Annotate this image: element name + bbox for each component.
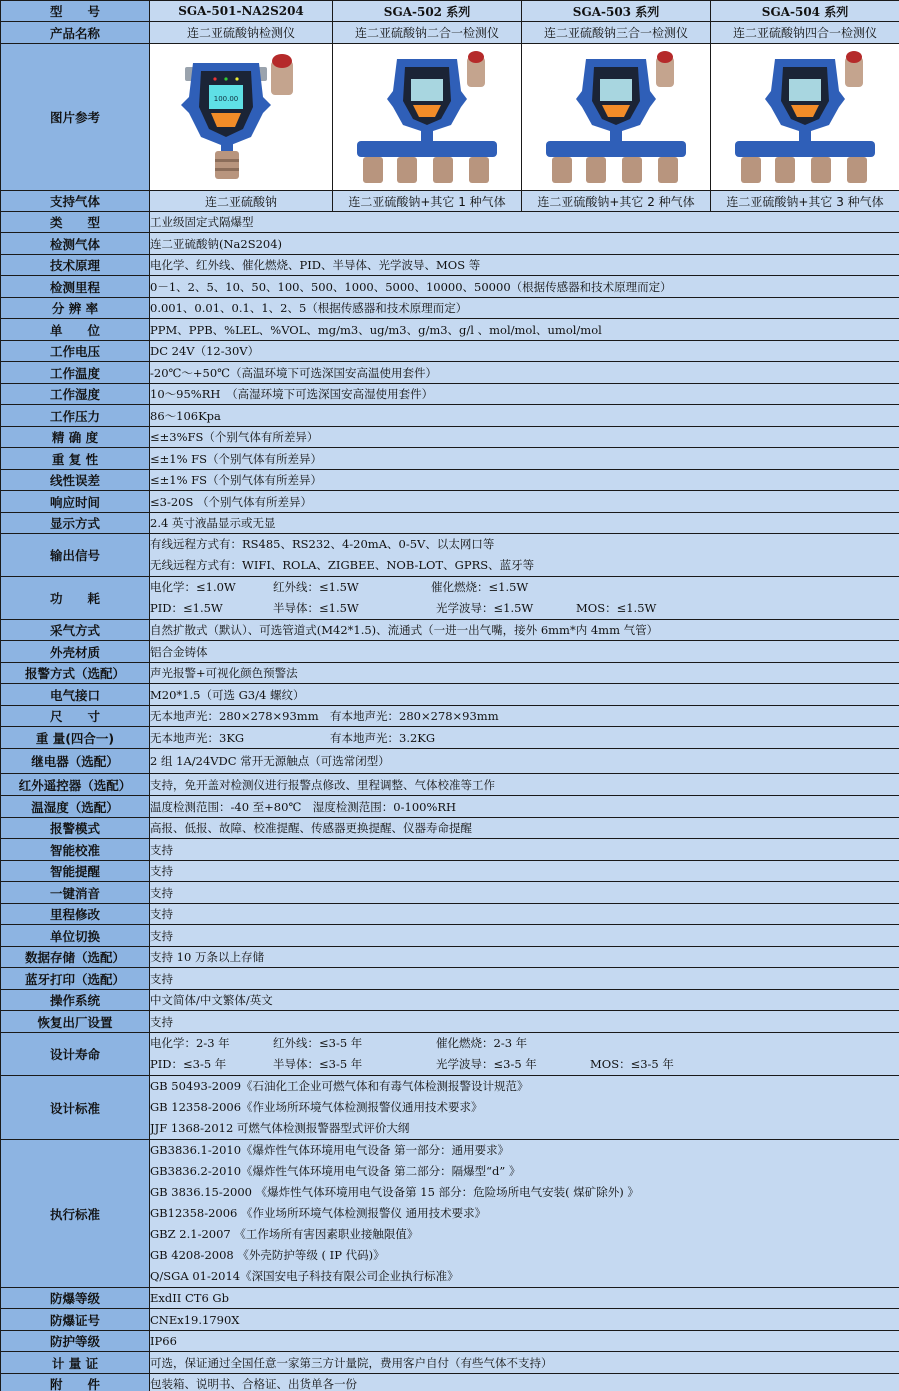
spec-label: 防爆等级 (1, 1288, 150, 1309)
spec-value: 86～106Kpa (150, 405, 899, 427)
spec-value: 支持 (150, 1011, 899, 1033)
gas-detector-icon (725, 47, 885, 187)
spec-label: 外壳材质 (1, 641, 150, 663)
spec-row-relay: 继电器（选配）2 组 1A/24VDC 常开无源触点（可选常闭型） (1, 749, 899, 774)
spec-label: 红外遥控器（选配） (1, 774, 150, 796)
spec-row-smart-calibration: 智能校准支持 (1, 839, 899, 861)
multi-sensor-gas-detector-image-3 (522, 44, 711, 191)
spec-row-accessories: 附 件包装箱、说明书、合格证、出货单各一份 (1, 1374, 899, 1391)
size-with-local-alarm: 有本地声光：280×278×93mm (330, 708, 499, 724)
spec-label: 单 位 (1, 319, 150, 341)
supported-gas-row: 支持气体 连二亚硫酸钠 连二亚硫酸钠+其它 1 种气体 连二亚硫酸钠+其它 2 … (1, 191, 899, 212)
spec-label: 智能校准 (1, 839, 150, 861)
spec-row-range-modify: 里程修改支持 (1, 904, 899, 925)
model-sga-501: SGA-501-NA2S204 (150, 1, 333, 22)
spec-value: 0－1、2、5、10、50、100、500、1000、5000、10000、50… (150, 276, 899, 298)
spec-value: PPM、PPB、%LEL、%VOL、mg/m3、ug/m3、g/m3、g/l 、… (150, 319, 899, 341)
spec-row-housing: 外壳材质铝合金铸体 (1, 641, 899, 663)
wired-output: 有线远程方式有：RS485、RS232、4-20mA、0-5V、以太网口等 (150, 534, 899, 555)
product-name-3: 连二亚硫酸钠三合一检测仪 (522, 22, 711, 44)
spec-row-alarm-mode: 报警模式高报、低报、故障、校准提醒、传感器更换提醒、仪器寿命提醒 (1, 818, 899, 839)
supported-gas-4: 连二亚硫酸钠+其它 3 种气体 (711, 191, 899, 212)
supported-gas-2: 连二亚硫酸钠+其它 1 种气体 (333, 191, 522, 212)
spec-row-data-storage: 数据存储（选配）支持 10 万条以上存储 (1, 947, 899, 968)
spec-label: 响应时间 (1, 491, 150, 513)
spec-value: 声光报警+可视化颜色预警法 (150, 663, 899, 684)
spec-row-exec-standard: 执行标准 GB3836.1-2010《爆炸性气体环境用电气设备 第一部分：通用要… (1, 1140, 899, 1288)
spec-row-smart-reminder: 智能提醒支持 (1, 861, 899, 882)
life-optical: 光学波导：≤3-5 年 (436, 1054, 590, 1075)
spec-row-temperature: 工作温度-20℃～+50℃（高温环境下可选深国安高温使用套件） (1, 362, 899, 384)
supported-gas-label: 支持气体 (1, 191, 150, 212)
spec-row-sampling: 采气方式自然扩散式（默认）、可选管道式(M42*1.5)、流通式（一进一出气嘴，… (1, 620, 899, 641)
spec-row-electrical-interface: 电气接口M20*1.5（可选 G3/4 螺纹） (1, 684, 899, 706)
size-no-local-alarm: 无本地声光：280×278×93mm (150, 708, 330, 724)
spec-label: 尺 寸 (1, 706, 150, 727)
spec-row-principle: 技术原理电化学、红外线、催化燃烧、PID、半导体、光学波导、MOS 等 (1, 255, 899, 276)
spec-row-range: 检测里程0－1、2、5、10、50、100、500、1000、5000、1000… (1, 276, 899, 298)
spec-label: 检测气体 (1, 233, 150, 255)
spec-row-ir-remote: 红外遥控器（选配）支持，免开盖对检测仪进行报警点修改、里程调整、气体校准等工作 (1, 774, 899, 796)
life-semiconductor: 半导体：≤3-5 年 (273, 1054, 436, 1075)
spec-label: 输出信号 (1, 534, 150, 577)
standard-line: Q/SGA 01-2014《深国安电子科技有限公司企业执行标准》 (150, 1266, 899, 1287)
spec-label: 工作湿度 (1, 384, 150, 405)
single-sensor-gas-detector-image: 100.00 (150, 44, 333, 191)
spec-value: 铝合金铸体 (150, 641, 899, 663)
spec-row-repeatability: 重 复 性≤±1% FS（个别气体有所差异） (1, 448, 899, 470)
spec-label: 报警模式 (1, 818, 150, 839)
spec-value: 工业级固定式隔爆型 (150, 212, 899, 233)
spec-row-metrology-cert: 计 量 证可选，保证通过全国任意一家第三方计量院，费用客户自付（有些气体不支持） (1, 1352, 899, 1374)
model-row: 型 号 SGA-501-NA2S204 SGA-502 系列 SGA-503 系… (1, 1, 899, 22)
spec-value: 10～95%RH （高湿环境下可选深国安高湿使用套件） (150, 384, 899, 405)
spec-label: 执行标准 (1, 1140, 150, 1288)
life-infrared: 红外线：≤3-5 年 (273, 1033, 436, 1054)
spec-label: 技术原理 (1, 255, 150, 276)
standard-line: GBZ 2.1-2007 《工作场所有害因素职业接触限值》 (150, 1224, 899, 1245)
spec-label: 工作温度 (1, 362, 150, 384)
spec-label: 一键消音 (1, 882, 150, 904)
model-sga-504: SGA-504 系列 (711, 1, 899, 22)
model-sga-503: SGA-503 系列 (522, 1, 711, 22)
supported-gas-1: 连二亚硫酸钠 (150, 191, 333, 212)
spec-row-voltage: 工作电压DC 24V（12-30V） (1, 341, 899, 362)
spec-value: ≤3-20S （个别气体有所差异） (150, 491, 899, 513)
spec-label: 工作电压 (1, 341, 150, 362)
spec-row-ex-grade: 防爆等级ExdII CT6 Gb (1, 1288, 899, 1309)
spec-row-one-key-mute: 一键消音支持 (1, 882, 899, 904)
picture-row: 图片参考 100.00 (1, 44, 899, 191)
product-name-4: 连二亚硫酸钠四合一检测仪 (711, 22, 899, 44)
standard-line: GB 12358-2006《作业场所环境气体检测报警仪通用技术要求》 (150, 1097, 899, 1118)
spec-label: 蓝牙打印（选配） (1, 968, 150, 990)
power-pid: PID：≤1.5W (150, 598, 273, 619)
standard-line: GB12358-2006 《作业场所环境气体检测报警仪 通用技术要求》 (150, 1203, 899, 1224)
spec-label: 继电器（选配） (1, 749, 150, 774)
spec-row-type: 类 型工业级固定式隔爆型 (1, 212, 899, 233)
multi-sensor-gas-detector-image-2 (333, 44, 522, 191)
spec-table: 型 号 SGA-501-NA2S204 SGA-502 系列 SGA-503 系… (0, 0, 899, 1391)
life-mos: MOS：≤3-5 年 (590, 1054, 674, 1075)
standard-line: JJF 1368-2012 可燃气体检测报警器型式评价大纲 (150, 1118, 899, 1139)
power-infrared: 红外线：≤1.5W (273, 577, 431, 598)
spec-value: M20*1.5（可选 G3/4 螺纹） (150, 684, 899, 706)
spec-row-factory-reset: 恢复出厂设置支持 (1, 1011, 899, 1033)
spec-value: ≤±1% FS（个别气体有所差异） (150, 448, 899, 470)
spec-value: 电化学：≤1.0W 红外线：≤1.5W 催化燃烧：≤1.5W PID：≤1.5W… (150, 577, 899, 620)
spec-row-ip-grade: 防护等级IP66 (1, 1331, 899, 1352)
spec-label: 工作压力 (1, 405, 150, 427)
spec-label: 重 量(四合一) (1, 727, 150, 749)
spec-label: 类 型 (1, 212, 150, 233)
standard-line: GB 3836.15-2000 《爆炸性气体环境用电气设备第 15 部分：危险场… (150, 1182, 899, 1203)
spec-row-ex-cert: 防爆证号CNEx19.1790X (1, 1309, 899, 1331)
product-name-1: 连二亚硫酸钠检测仪 (150, 22, 333, 44)
spec-row-bluetooth-print: 蓝牙打印（选配）支持 (1, 968, 899, 990)
spec-value: GB 50493-2009《石油化工企业可燃气体和有毒气体检测报警设计规范》 G… (150, 1076, 899, 1140)
spec-value: 电化学：2-3 年 红外线：≤3-5 年 催化燃烧：2-3 年 PID：≤3-5… (150, 1033, 899, 1076)
standard-line: GB3836.1-2010《爆炸性气体环境用电气设备 第一部分：通用要求》 (150, 1140, 899, 1161)
spec-value: 有线远程方式有：RS485、RS232、4-20mA、0-5V、以太网口等 无线… (150, 534, 899, 577)
spec-label: 精 确 度 (1, 427, 150, 448)
spec-row-os: 操作系统中文简体/中文繁体/英文 (1, 990, 899, 1011)
spec-label: 单位切换 (1, 925, 150, 947)
spec-row-size: 尺 寸 无本地声光：280×278×93mm有本地声光：280×278×93mm (1, 706, 899, 727)
spec-label: 防护等级 (1, 1331, 150, 1352)
spec-row-humidity: 工作湿度10～95%RH （高湿环境下可选深国安高湿使用套件） (1, 384, 899, 405)
standard-line: GB3836.2-2010《爆炸性气体环境用电气设备 第二部分：隔爆型“d” 》 (150, 1161, 899, 1182)
spec-label: 电气接口 (1, 684, 150, 706)
spec-value: -20℃～+50℃（高温环境下可选深国安高温使用套件） (150, 362, 899, 384)
spec-value: 支持 (150, 968, 899, 990)
standard-line: GB 50493-2009《石油化工企业可燃气体和有毒气体检测报警设计规范》 (150, 1076, 899, 1097)
spec-label: 分 辨 率 (1, 298, 150, 319)
spec-row-design-life: 设计寿命 电化学：2-3 年 红外线：≤3-5 年 催化燃烧：2-3 年 PID… (1, 1033, 899, 1076)
spec-row-response-time: 响应时间≤3-20S （个别气体有所差异） (1, 491, 899, 513)
spec-label: 设计标准 (1, 1076, 150, 1140)
spec-label: 恢复出厂设置 (1, 1011, 150, 1033)
spec-value: ≤±3%FS（个别气体有所差异） (150, 427, 899, 448)
picture-label: 图片参考 (1, 44, 150, 191)
spec-value: 0.001、0.01、0.1、1、2、5（根据传感器和技术原理而定） (150, 298, 899, 319)
wireless-output: 无线远程方式有：WIFI、ROLA、ZIGBEE、NOB-LOT、GPRS、蓝牙… (150, 555, 899, 576)
spec-value: 支持 (150, 925, 899, 947)
spec-label: 数据存储（选配） (1, 947, 150, 968)
spec-row-pressure: 工作压力86～106Kpa (1, 405, 899, 427)
spec-row-display: 显示方式2.4 英寸液晶显示或无显 (1, 513, 899, 534)
spec-row-unit-switch: 单位切换支持 (1, 925, 899, 947)
spec-label: 报警方式（选配） (1, 663, 150, 684)
svg-text:100.00: 100.00 (214, 95, 239, 103)
spec-row-linearity: 线性误差≤±1% FS（个别气体有所差异） (1, 470, 899, 491)
spec-value: ≤±1% FS（个别气体有所差异） (150, 470, 899, 491)
spec-label: 防爆证号 (1, 1309, 150, 1331)
spec-row-resolution: 分 辨 率0.001、0.01、0.1、1、2、5（根据传感器和技术原理而定） (1, 298, 899, 319)
spec-label: 操作系统 (1, 990, 150, 1011)
spec-value: 支持 (150, 839, 899, 861)
spec-label: 重 复 性 (1, 448, 150, 470)
spec-value: ExdII CT6 Gb (150, 1288, 899, 1309)
spec-value: 无本地声光：3KG有本地声光：3.2KG (150, 727, 899, 749)
power-optical: 光学波导：≤1.5W (436, 598, 576, 619)
spec-value: IP66 (150, 1331, 899, 1352)
spec-row-accuracy: 精 确 度≤±3%FS（个别气体有所差异） (1, 427, 899, 448)
gas-detector-icon (536, 47, 696, 187)
spec-value: 连二亚硫酸钠(Na2S204) (150, 233, 899, 255)
spec-row-power: 功 耗 电化学：≤1.0W 红外线：≤1.5W 催化燃烧：≤1.5W PID：≤… (1, 577, 899, 620)
product-name-2: 连二亚硫酸钠二合一检测仪 (333, 22, 522, 44)
spec-value: 温度检测范围：-40 至+80℃ 湿度检测范围：0-100%RH (150, 796, 899, 818)
multi-sensor-gas-detector-image-4 (711, 44, 899, 191)
spec-value: 自然扩散式（默认）、可选管道式(M42*1.5)、流通式（一进一出气嘴，接外 6… (150, 620, 899, 641)
spec-label: 功 耗 (1, 577, 150, 620)
model-sga-502: SGA-502 系列 (333, 1, 522, 22)
power-catalytic: 催化燃烧：≤1.5W (431, 577, 528, 598)
spec-row-temp-humidity: 温湿度（选配）温度检测范围：-40 至+80℃ 湿度检测范围：0-100%RH (1, 796, 899, 818)
life-catalytic: 催化燃烧：2-3 年 (436, 1033, 527, 1054)
spec-row-unit: 单 位PPM、PPB、%LEL、%VOL、mg/m3、ug/m3、g/m3、g/… (1, 319, 899, 341)
spec-value: 支持，免开盖对检测仪进行报警点修改、里程调整、气体校准等工作 (150, 774, 899, 796)
spec-value: CNEx19.1790X (150, 1309, 899, 1331)
spec-value: 中文简体/中文繁体/英文 (150, 990, 899, 1011)
spec-value: 2.4 英寸液晶显示或无显 (150, 513, 899, 534)
spec-label: 里程修改 (1, 904, 150, 925)
spec-row-detect-gas: 检测气体连二亚硫酸钠(Na2S204) (1, 233, 899, 255)
standard-line: GB 4208-2008 《外壳防护等级 ( IP 代码)》 (150, 1245, 899, 1266)
spec-row-alarm-method: 报警方式（选配）声光报警+可视化颜色预警法 (1, 663, 899, 684)
spec-label: 设计寿命 (1, 1033, 150, 1076)
spec-label: 采气方式 (1, 620, 150, 641)
spec-row-output-signal: 输出信号 有线远程方式有：RS485、RS232、4-20mA、0-5V、以太网… (1, 534, 899, 577)
spec-label: 检测里程 (1, 276, 150, 298)
spec-value: 支持 10 万条以上存储 (150, 947, 899, 968)
spec-row-weight: 重 量(四合一) 无本地声光：3KG有本地声光：3.2KG (1, 727, 899, 749)
spec-value: 包装箱、说明书、合格证、出货单各一份 (150, 1374, 899, 1391)
spec-value: 高报、低报、故障、校准提醒、传感器更换提醒、仪器寿命提醒 (150, 818, 899, 839)
spec-label: 智能提醒 (1, 861, 150, 882)
life-electrochem: 电化学：2-3 年 (150, 1033, 273, 1054)
spec-value: 支持 (150, 861, 899, 882)
power-electrochem: 电化学：≤1.0W (150, 577, 273, 598)
spec-value: 可选，保证通过全国任意一家第三方计量院，费用客户自付（有些气体不支持） (150, 1352, 899, 1374)
spec-value: DC 24V（12-30V） (150, 341, 899, 362)
spec-label: 显示方式 (1, 513, 150, 534)
spec-label: 计 量 证 (1, 1352, 150, 1374)
gas-detector-icon (347, 47, 507, 187)
weight-with-local-alarm: 有本地声光：3.2KG (330, 730, 435, 746)
spec-label: 附 件 (1, 1374, 150, 1391)
power-semiconductor: 半导体：≤1.5W (273, 598, 436, 619)
product-name-row: 产品名称 连二亚硫酸钠检测仪 连二亚硫酸钠二合一检测仪 连二亚硫酸钠三合一检测仪… (1, 22, 899, 44)
gas-detector-icon: 100.00 (171, 47, 311, 187)
product-name-label: 产品名称 (1, 22, 150, 44)
spec-value: 2 组 1A/24VDC 常开无源触点（可选常闭型） (150, 749, 899, 774)
spec-row-design-standard: 设计标准 GB 50493-2009《石油化工企业可燃气体和有毒气体检测报警设计… (1, 1076, 899, 1140)
spec-value: GB3836.1-2010《爆炸性气体环境用电气设备 第一部分：通用要求》 GB… (150, 1140, 899, 1288)
supported-gas-3: 连二亚硫酸钠+其它 2 种气体 (522, 191, 711, 212)
spec-label: 线性误差 (1, 470, 150, 491)
spec-value: 支持 (150, 882, 899, 904)
spec-value: 电化学、红外线、催化燃烧、PID、半导体、光学波导、MOS 等 (150, 255, 899, 276)
weight-no-local-alarm: 无本地声光：3KG (150, 730, 330, 746)
power-mos: MOS：≤1.5W (576, 598, 656, 619)
spec-value: 支持 (150, 904, 899, 925)
spec-value: 无本地声光：280×278×93mm有本地声光：280×278×93mm (150, 706, 899, 727)
spec-label: 温湿度（选配） (1, 796, 150, 818)
life-pid: PID：≤3-5 年 (150, 1054, 273, 1075)
model-label: 型 号 (1, 1, 150, 22)
